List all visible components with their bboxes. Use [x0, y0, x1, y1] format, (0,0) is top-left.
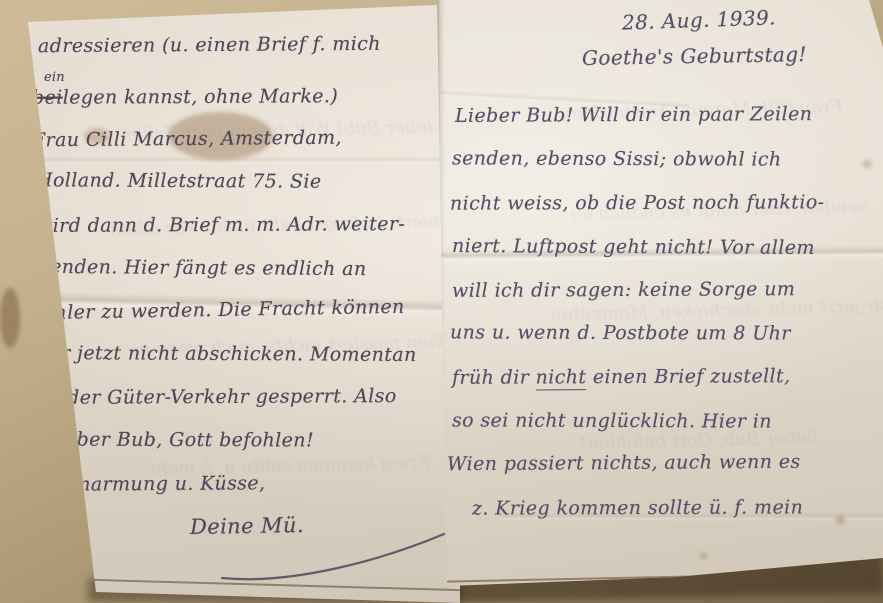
photo-background: Lieber Bub! Will dir ein paar Zeilen nie… [0, 0, 883, 603]
heading-line: Goethe's Geburtstag! [582, 42, 807, 70]
handwritten-line: z. Krieg kommen sollte ü. f. mein [472, 496, 803, 519]
handwritten-line: lieber Bub, Gott befohlen! [52, 429, 314, 452]
handwritten-line: uns u. wenn d. Postbote um 8 Uhr [450, 321, 791, 344]
date-line: 28. Aug. 1939. [622, 5, 777, 34]
handwritten-line: früh dir nicht einen Brief zustellt, [452, 365, 791, 389]
line-text: legen kannst, ohne Marke.) [63, 85, 339, 108]
underlined-word: nicht [536, 366, 587, 390]
handwritten-line: beilegen kannst, ohne Marke.) [32, 85, 338, 109]
handwritten-line: Lieber Bub! Will dir ein paar Zeilen [455, 103, 812, 127]
stain [836, 516, 845, 523]
handwritten-line: Wien passiert nichts, auch wenn es [447, 451, 801, 475]
handwritten-line: ist der Güter-Verkehr gesperrt. Also [36, 385, 397, 409]
handwritten-line: will ich dir sagen: keine Sorge um [452, 278, 795, 302]
inserted-word: ein [44, 70, 65, 85]
handwritten-line: senden. Hier fängt es endlich an [40, 256, 367, 280]
handwritten-line: Holland. Milletstraat 75. Sie [36, 169, 322, 192]
handwritten-line: adressieren (u. einen Brief f. mich [38, 33, 381, 57]
signature-flourish [212, 528, 452, 588]
line-text: einen Brief zustellt, [586, 365, 790, 388]
stain [0, 288, 20, 348]
struck-word: bei [32, 87, 63, 109]
stain [58, 555, 74, 565]
handwritten-line: Frau Cilli Marcus, Amsterdam, [32, 127, 342, 152]
handwritten-line: senden, ebenso Sissi; obwohl ich [452, 147, 782, 170]
handwritten-line: niert. Luftpost geht nicht! Vor allem [452, 235, 815, 259]
line-text: früh dir [452, 366, 536, 388]
handwritten-line: nicht weiss, ob die Post noch funktio- [450, 191, 825, 214]
stain [700, 553, 707, 559]
closing-line: Umarmung u. Küsse, [56, 472, 266, 495]
stain [862, 160, 872, 168]
handwritten-line: wir jetzt nicht abschicken. Momentan [38, 342, 417, 366]
handwritten-line: wird dann d. Brief m. m. Adr. weiter- [36, 213, 405, 237]
handwritten-line: so sei nicht unglücklich. Hier in [452, 409, 772, 432]
